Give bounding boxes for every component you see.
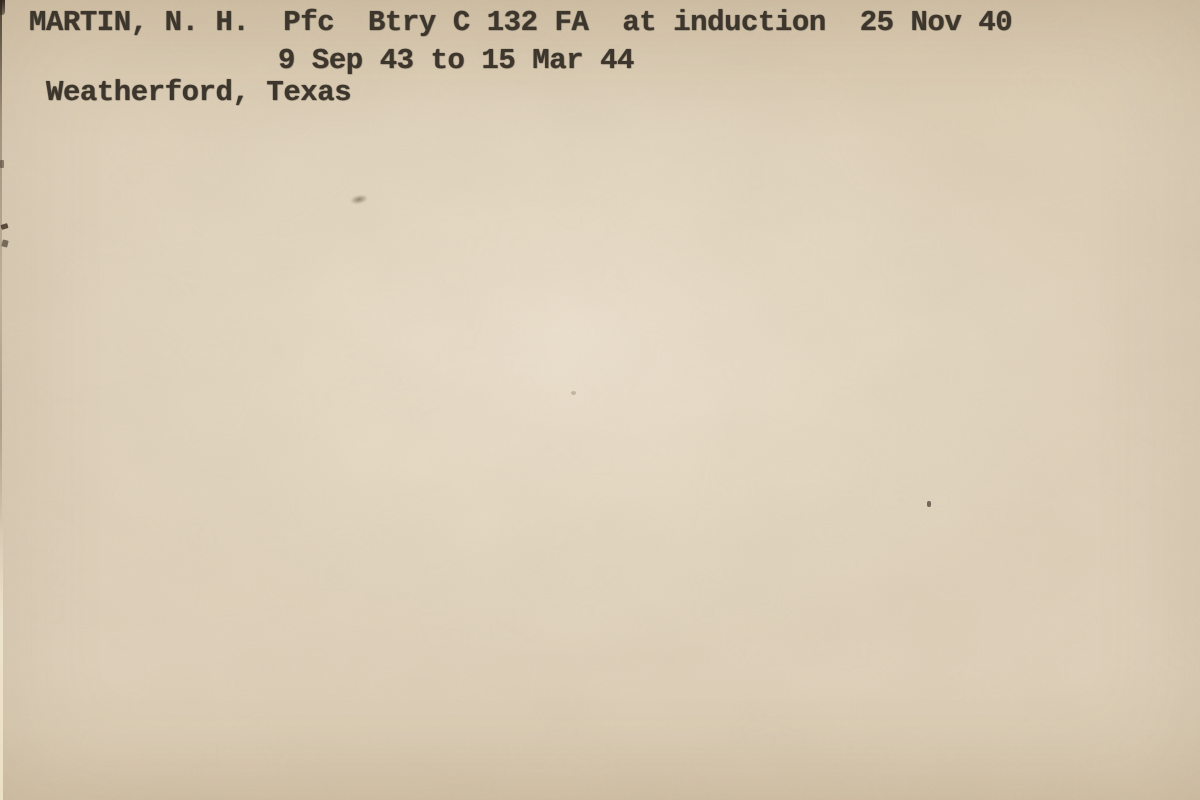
paper-grain-overlay	[0, 0, 1200, 800]
index-card: MARTIN, N. H. Pfc Btry C 132 FA at induc…	[0, 0, 1200, 800]
paper-mottle-layer	[0, 0, 1200, 800]
scan-edge-tick	[1, 239, 9, 247]
scan-corner-mark	[0, 0, 5, 15]
scan-edge-tick	[0, 160, 4, 168]
ink-smudge	[349, 193, 368, 206]
scan-edge-highlight	[0, 520, 3, 800]
scan-edge-line	[0, 0, 2, 530]
paper-speck	[571, 391, 576, 395]
scan-edge-tick	[0, 223, 8, 230]
paper-fine-grain-layer	[0, 0, 1200, 800]
card-line-service-dates: 9 Sep 43 to 15 Mar 44	[278, 46, 634, 76]
paper-speck	[927, 501, 931, 507]
card-line-hometown: Weatherford, Texas	[46, 78, 351, 108]
card-line-name-rank-unit: MARTIN, N. H. Pfc Btry C 132 FA at induc…	[29, 8, 1012, 38]
